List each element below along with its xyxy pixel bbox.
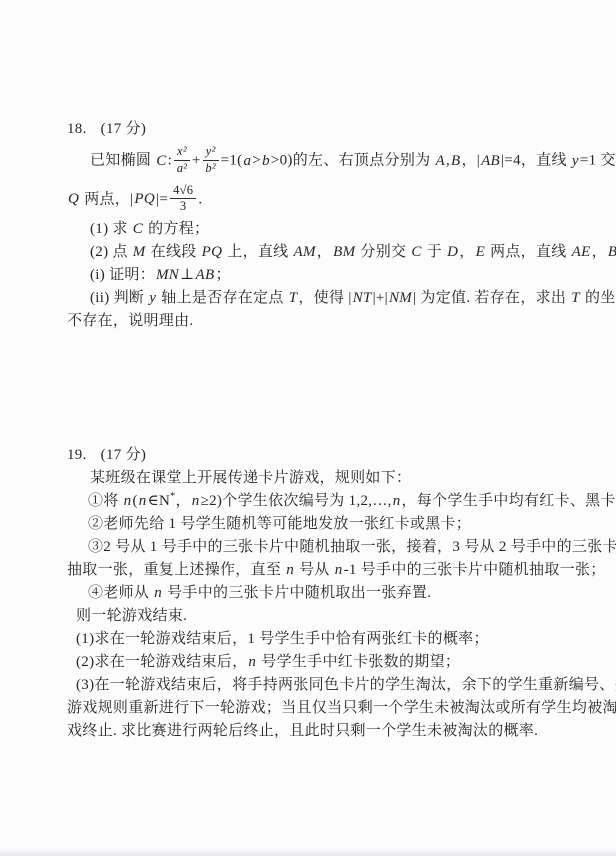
text-run: 号手中的三张卡片中随机取出一张弃置. [163, 585, 431, 601]
math-variable: n [153, 585, 163, 601]
text-run: 已知椭圆 [90, 153, 155, 169]
text-run: 轴上是否存在定点 [157, 290, 288, 306]
text-line: 某班级在课堂上开展传递卡片游戏，规则如下： [67, 467, 577, 490]
text-run: ， [459, 244, 474, 260]
text-line: (3)在一轮游戏结束后，将手持两张同色卡片的学生淘汰，余下的学生重新编号、并按照 [67, 674, 577, 697]
text-line: ②老师先给 1 号学生随机等可能地发放一张红卡或黑卡； [67, 513, 577, 536]
math-variable: E [475, 244, 486, 260]
text-run: (1) 求 [90, 221, 132, 237]
text-run: ( [132, 493, 137, 509]
text-line: 则一轮游戏结束. [67, 605, 577, 628]
fraction: 4√63 [170, 184, 196, 215]
text-line: (1) 求 C 的方程； [67, 218, 577, 241]
text-run: | 为定值. 若存在，求出 [413, 290, 570, 306]
text-run: ⊥ [180, 267, 194, 283]
fraction-numerator: y² [203, 145, 219, 161]
text-run: |= [156, 191, 168, 207]
text-line: 游戏规则重新进行下一轮游戏；当且仅当只剩一个学生未被淘汰或所有学生均被淘汰时，游 [67, 697, 577, 720]
text-run: |+| [373, 290, 388, 306]
text-run: ，| [461, 153, 480, 169]
math-variable: BM [332, 244, 356, 260]
math-variable: D [446, 244, 459, 260]
math-variable: AB [195, 267, 216, 283]
text-run: 于 [423, 244, 446, 260]
text-line: ④老师从 n 号手中的三张卡片中随机取出一张弃置. [67, 582, 577, 605]
text-run: 的方程； [144, 221, 209, 237]
text-run: 号从 [295, 562, 334, 578]
text-run: 不存在，说明理由. [67, 313, 193, 329]
text-run: 抽取一张，重复上述操作，直至 [67, 562, 285, 578]
question-header: 18.(17 分) [67, 118, 577, 141]
text-run: ， [317, 244, 332, 260]
text-line: 不存在，说明理由. [67, 310, 577, 333]
math-variable: Q [67, 191, 80, 207]
text-run: + [192, 153, 201, 169]
text-run: : [168, 153, 172, 169]
text-run: ∈N [148, 493, 171, 509]
text-run: 游戏规则重新进行下一轮游戏；当且仅当只剩一个学生未被淘汰或所有学生均被淘汰时，游 [67, 700, 616, 716]
text-run: (2) 点 [90, 244, 132, 260]
text-run: ④老师从 [88, 585, 153, 601]
text-run: 则一轮游戏结束. [76, 608, 187, 624]
text-line: Q 两点，|PQ|=4√63. [67, 182, 577, 219]
text-run: (ii) 判断 [90, 290, 148, 306]
math-variable: n [247, 654, 257, 670]
text-line: 已知椭圆 C:x²a²+y²b²=1(a>b>0)的左、右顶点分别为 A,B，|… [67, 141, 577, 182]
text-line: 戏终止. 求比赛进行两轮后终止，且此时只剩一个学生未被淘汰的概率. [67, 720, 577, 743]
text-run: ②老师先给 1 号学生随机等可能地发放一张红卡或黑卡； [88, 516, 471, 532]
math-variable: A [434, 153, 445, 169]
math-variable: n [123, 493, 133, 509]
text-run: . [198, 191, 202, 207]
text-run: (2)求在一轮游戏结束后， [76, 654, 247, 670]
text-line: (i) 证明：MN⊥AB； [67, 264, 577, 287]
text-run: ，每个学生手中均有红卡、黑卡各一张； [402, 493, 616, 509]
page-bottom-edge [0, 848, 616, 856]
math-variable: n [334, 562, 344, 578]
text-run: >0)的左、右顶点分别为 [271, 153, 435, 169]
math-variable: AB [480, 153, 501, 169]
text-run: ， [175, 493, 190, 509]
text-run: 戏终止. 求比赛进行两轮后终止，且此时只剩一个学生未被淘汰的概率. [67, 723, 538, 739]
fraction-numerator: x² [174, 145, 190, 161]
text-run: 分别交 [356, 244, 410, 260]
math-variable: NT [352, 290, 373, 306]
text-run: (3)在一轮游戏结束后，将手持两张同色卡片的学生淘汰，余下的学生重新编号、并按照 [76, 677, 616, 693]
text-run: -1 号手中的三张卡片中随机抽取一张； [344, 562, 606, 578]
text-run: ≥2)个学生依次编号为 1,2,…, [201, 493, 392, 509]
math-variable: BD [607, 244, 616, 260]
math-variable: n [392, 493, 402, 509]
math-variable: C [155, 153, 167, 169]
text-run: 两点，直线 [486, 244, 571, 260]
text-line: ①将 n(n∈N*，n≥2)个学生依次编号为 1,2,…,n，每个学生手中均有红… [67, 490, 577, 513]
exam-page: 18.(17 分)已知椭圆 C:x²a²+y²b²=1(a>b>0)的左、右顶点… [0, 0, 616, 856]
text-run: |=4，直线 [501, 153, 571, 169]
math-variable: AE [571, 244, 592, 260]
fraction: x²a² [174, 145, 190, 176]
math-variable: y [571, 153, 580, 169]
text-run: =1 交 [580, 153, 616, 169]
text-run: > [252, 153, 261, 169]
text-run: 上，直线 [223, 244, 292, 260]
question-number: 18. [67, 118, 87, 141]
question-header: 19.(17 分) [67, 444, 577, 467]
math-variable: n [285, 562, 295, 578]
math-variable: AM [293, 244, 317, 260]
math-variable: C [410, 244, 422, 260]
math-variable: y [148, 290, 157, 306]
math-variable: n [191, 493, 201, 509]
math-variable: B [450, 153, 461, 169]
math-variable: b [261, 153, 271, 169]
math-variable: T [288, 290, 299, 306]
fraction-denominator: b² [203, 161, 219, 176]
text-line: 抽取一张，重复上述操作，直至 n 号从 n-1 号手中的三张卡片中随机抽取一张； [67, 559, 577, 582]
text-line: (2)求在一轮游戏结束后，n 号学生手中红卡张数的期望； [67, 651, 577, 674]
math-variable: T [570, 290, 581, 306]
text-run: 的坐标；若 [581, 290, 616, 306]
text-run: ①将 [88, 493, 123, 509]
exam-body: 18.(17 分)已知椭圆 C:x²a²+y²b²=1(a>b>0)的左、右顶点… [67, 118, 577, 743]
question-points: (17 分) [101, 121, 147, 137]
math-variable: n [138, 493, 148, 509]
math-variable: NM [388, 290, 413, 306]
text-line: ③2 号从 1 号手中的三张卡片中随机抽取一张，接着，3 号从 2 号手中的三张… [67, 536, 577, 559]
text-line: (1)求在一轮游戏结束后，1 号学生手中恰有两张红卡的概率； [67, 628, 577, 651]
question-19: 19.(17 分)某班级在课堂上开展传递卡片游戏，规则如下：①将 n(n∈N*，… [67, 444, 577, 743]
math-variable: a [242, 153, 252, 169]
text-line: (ii) 判断 y 轴上是否存在定点 T，使得 |NT|+|NM| 为定值. 若… [67, 287, 577, 310]
text-line: (2) 点 M 在线段 PQ 上，直线 AM，BM 分别交 C 于 D，E 两点… [67, 241, 577, 264]
question-18: 18.(17 分)已知椭圆 C:x²a²+y²b²=1(a>b>0)的左、右顶点… [67, 118, 577, 333]
text-run: 号学生手中红卡张数的期望； [257, 654, 460, 670]
question-number: 19. [67, 444, 87, 467]
text-run: (i) 证明： [90, 267, 155, 283]
text-run: =1( [221, 153, 243, 169]
text-run: 两点，| [80, 191, 133, 207]
text-run: 在线段 [147, 244, 201, 260]
math-variable: PQ [133, 191, 156, 207]
math-variable: C [132, 221, 144, 237]
text-run: ； [215, 267, 230, 283]
text-run: ，使得 | [298, 290, 351, 306]
fraction: y²b² [203, 145, 219, 176]
fraction-denominator: a² [174, 161, 190, 176]
text-run: 某班级在课堂上开展传递卡片游戏，规则如下： [90, 470, 411, 486]
text-run: (1)求在一轮游戏结束后，1 号学生手中恰有两张红卡的概率； [76, 631, 489, 647]
math-variable: PQ [201, 244, 224, 260]
question-points: (17 分) [101, 447, 147, 463]
text-run: ， [592, 244, 607, 260]
fraction-denominator: 3 [170, 199, 196, 214]
math-variable: M [132, 244, 147, 260]
math-variable: MN [155, 267, 180, 283]
text-run: ③2 号从 1 号手中的三张卡片中随机抽取一张，接着，3 号从 2 号手中的三张… [88, 539, 616, 555]
fraction-numerator: 4√6 [170, 184, 196, 200]
